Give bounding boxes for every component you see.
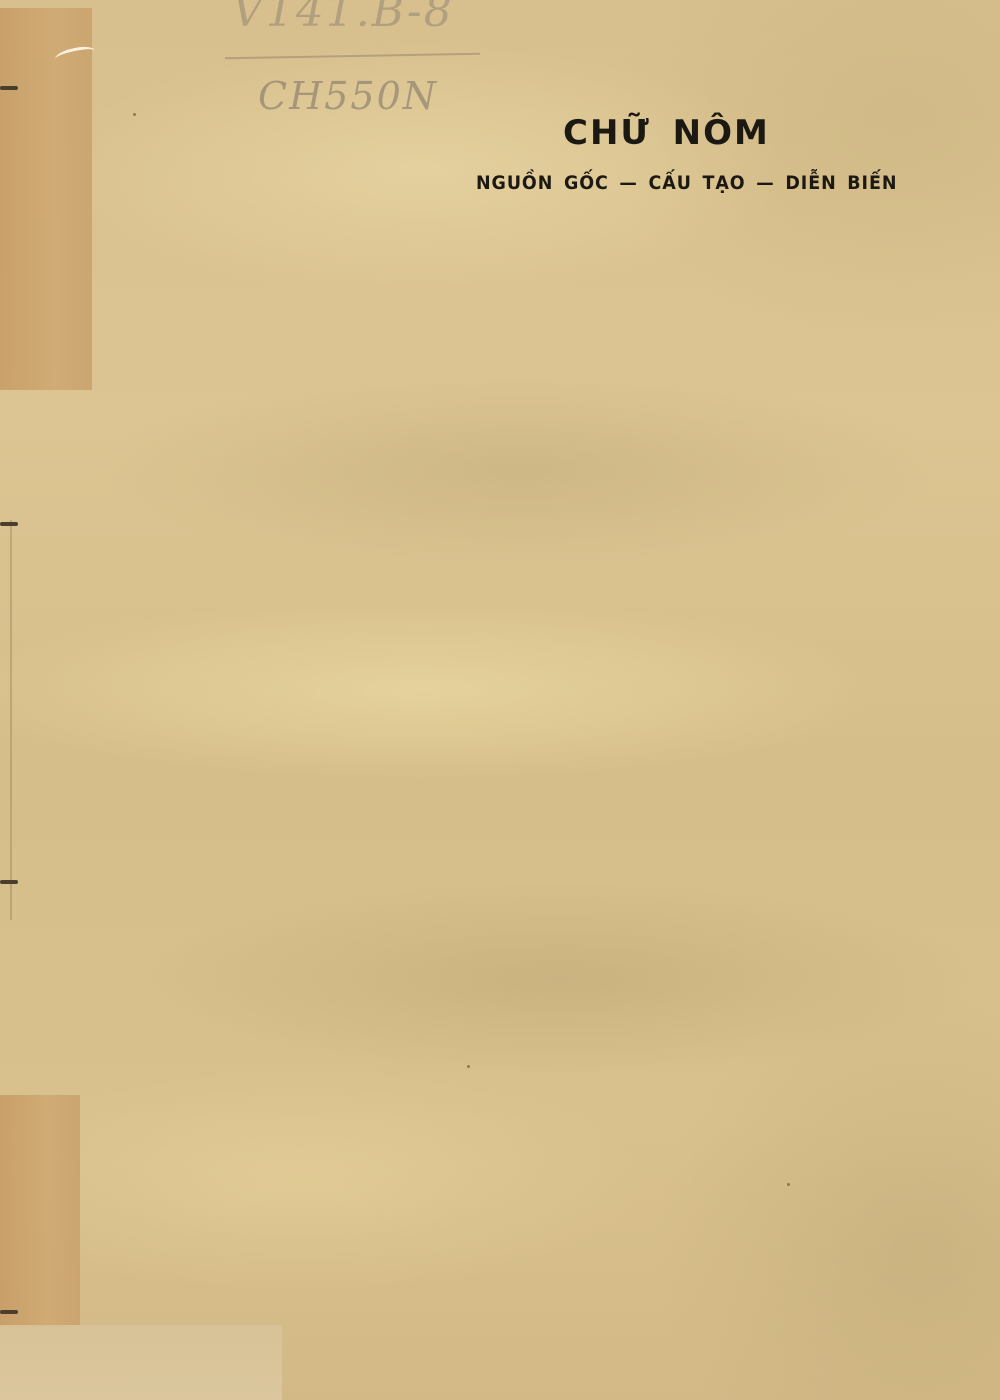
binding-tape-bottom (0, 1095, 80, 1327)
binding-edge-line (10, 520, 12, 920)
staple-mark (0, 1310, 18, 1314)
paper-speck (787, 1183, 790, 1186)
paper-speck (133, 113, 136, 116)
binding-tape-top (0, 8, 92, 390)
staple-mark (0, 880, 18, 884)
scanned-page: V141.B-8 CH550N CHỮ NÔM NGUỒN GỐC — CẤU … (0, 0, 1000, 1400)
pencil-rule (225, 53, 480, 59)
staple-mark (0, 522, 18, 526)
paper-speck (467, 1065, 470, 1068)
staple-mark (0, 86, 18, 90)
book-subtitle: NGUỒN GỐC — CẤU TẠO — DIỄN BIẾN (476, 172, 897, 194)
book-title: CHỮ NÔM (563, 113, 770, 153)
pencil-call-number-line1: V141.B-8 (232, 0, 454, 37)
pencil-call-number-line2: CH550N (258, 74, 438, 118)
paper-patch-bottom (0, 1325, 282, 1400)
